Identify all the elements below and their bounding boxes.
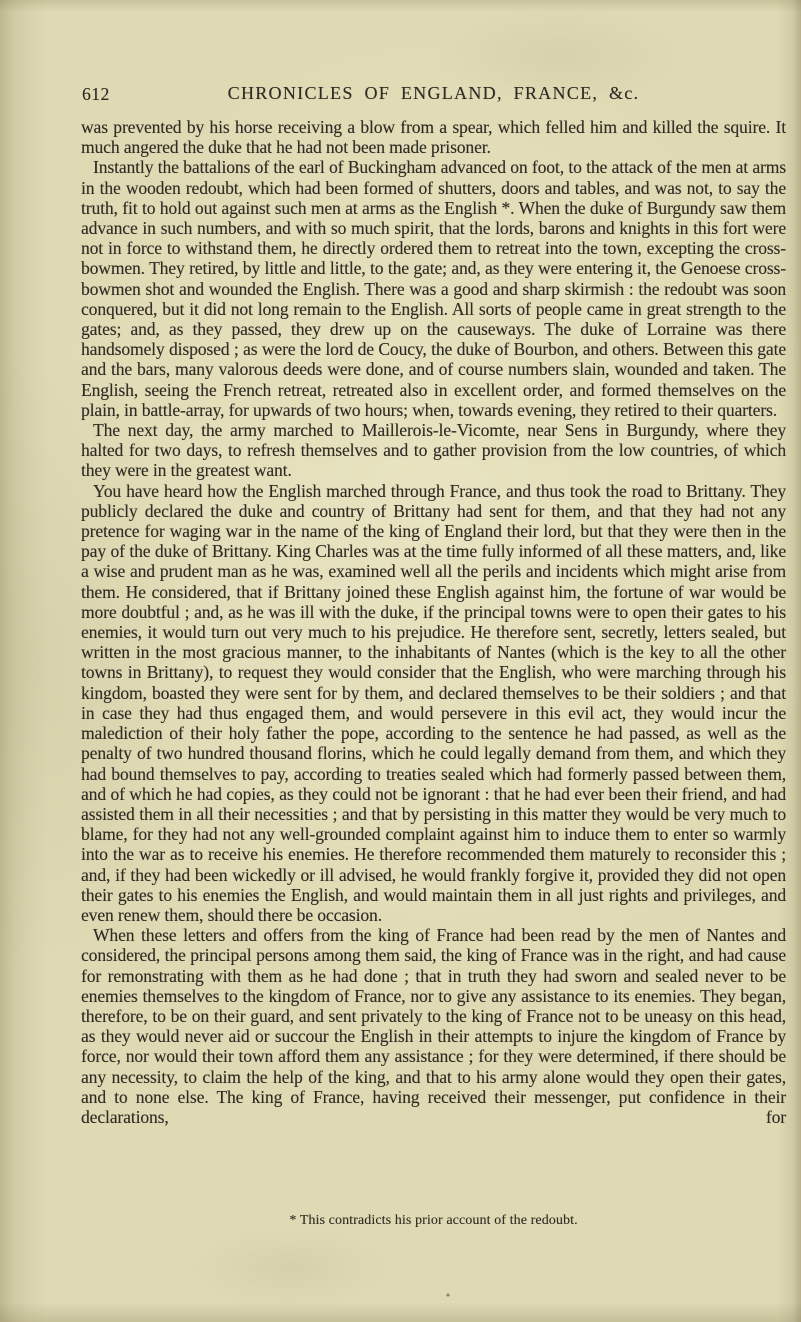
paragraph: When these letters and offers from the k… (81, 925, 786, 1127)
running-title: CHRONICLES OF ENGLAND, FRANCE, &c. (81, 83, 786, 104)
page-header: 612 CHRONICLES OF ENGLAND, FRANCE, &c. (81, 83, 786, 105)
paragraph: Instantly the battalions of the earl of … (81, 157, 786, 420)
paragraph: The next day, the army marched to Maille… (81, 420, 786, 481)
footnote: * This contradicts his prior account of … (81, 1213, 786, 1229)
paragraph: was prevented by his horse receiving a b… (81, 117, 786, 157)
page-body: was prevented by his horse receiving a b… (81, 117, 786, 1127)
page-number: 612 (82, 84, 110, 105)
paragraph: You have heard how the English marched t… (81, 481, 786, 925)
book-page-scan: 612 CHRONICLES OF ENGLAND, FRANCE, &c. w… (0, 0, 801, 1322)
